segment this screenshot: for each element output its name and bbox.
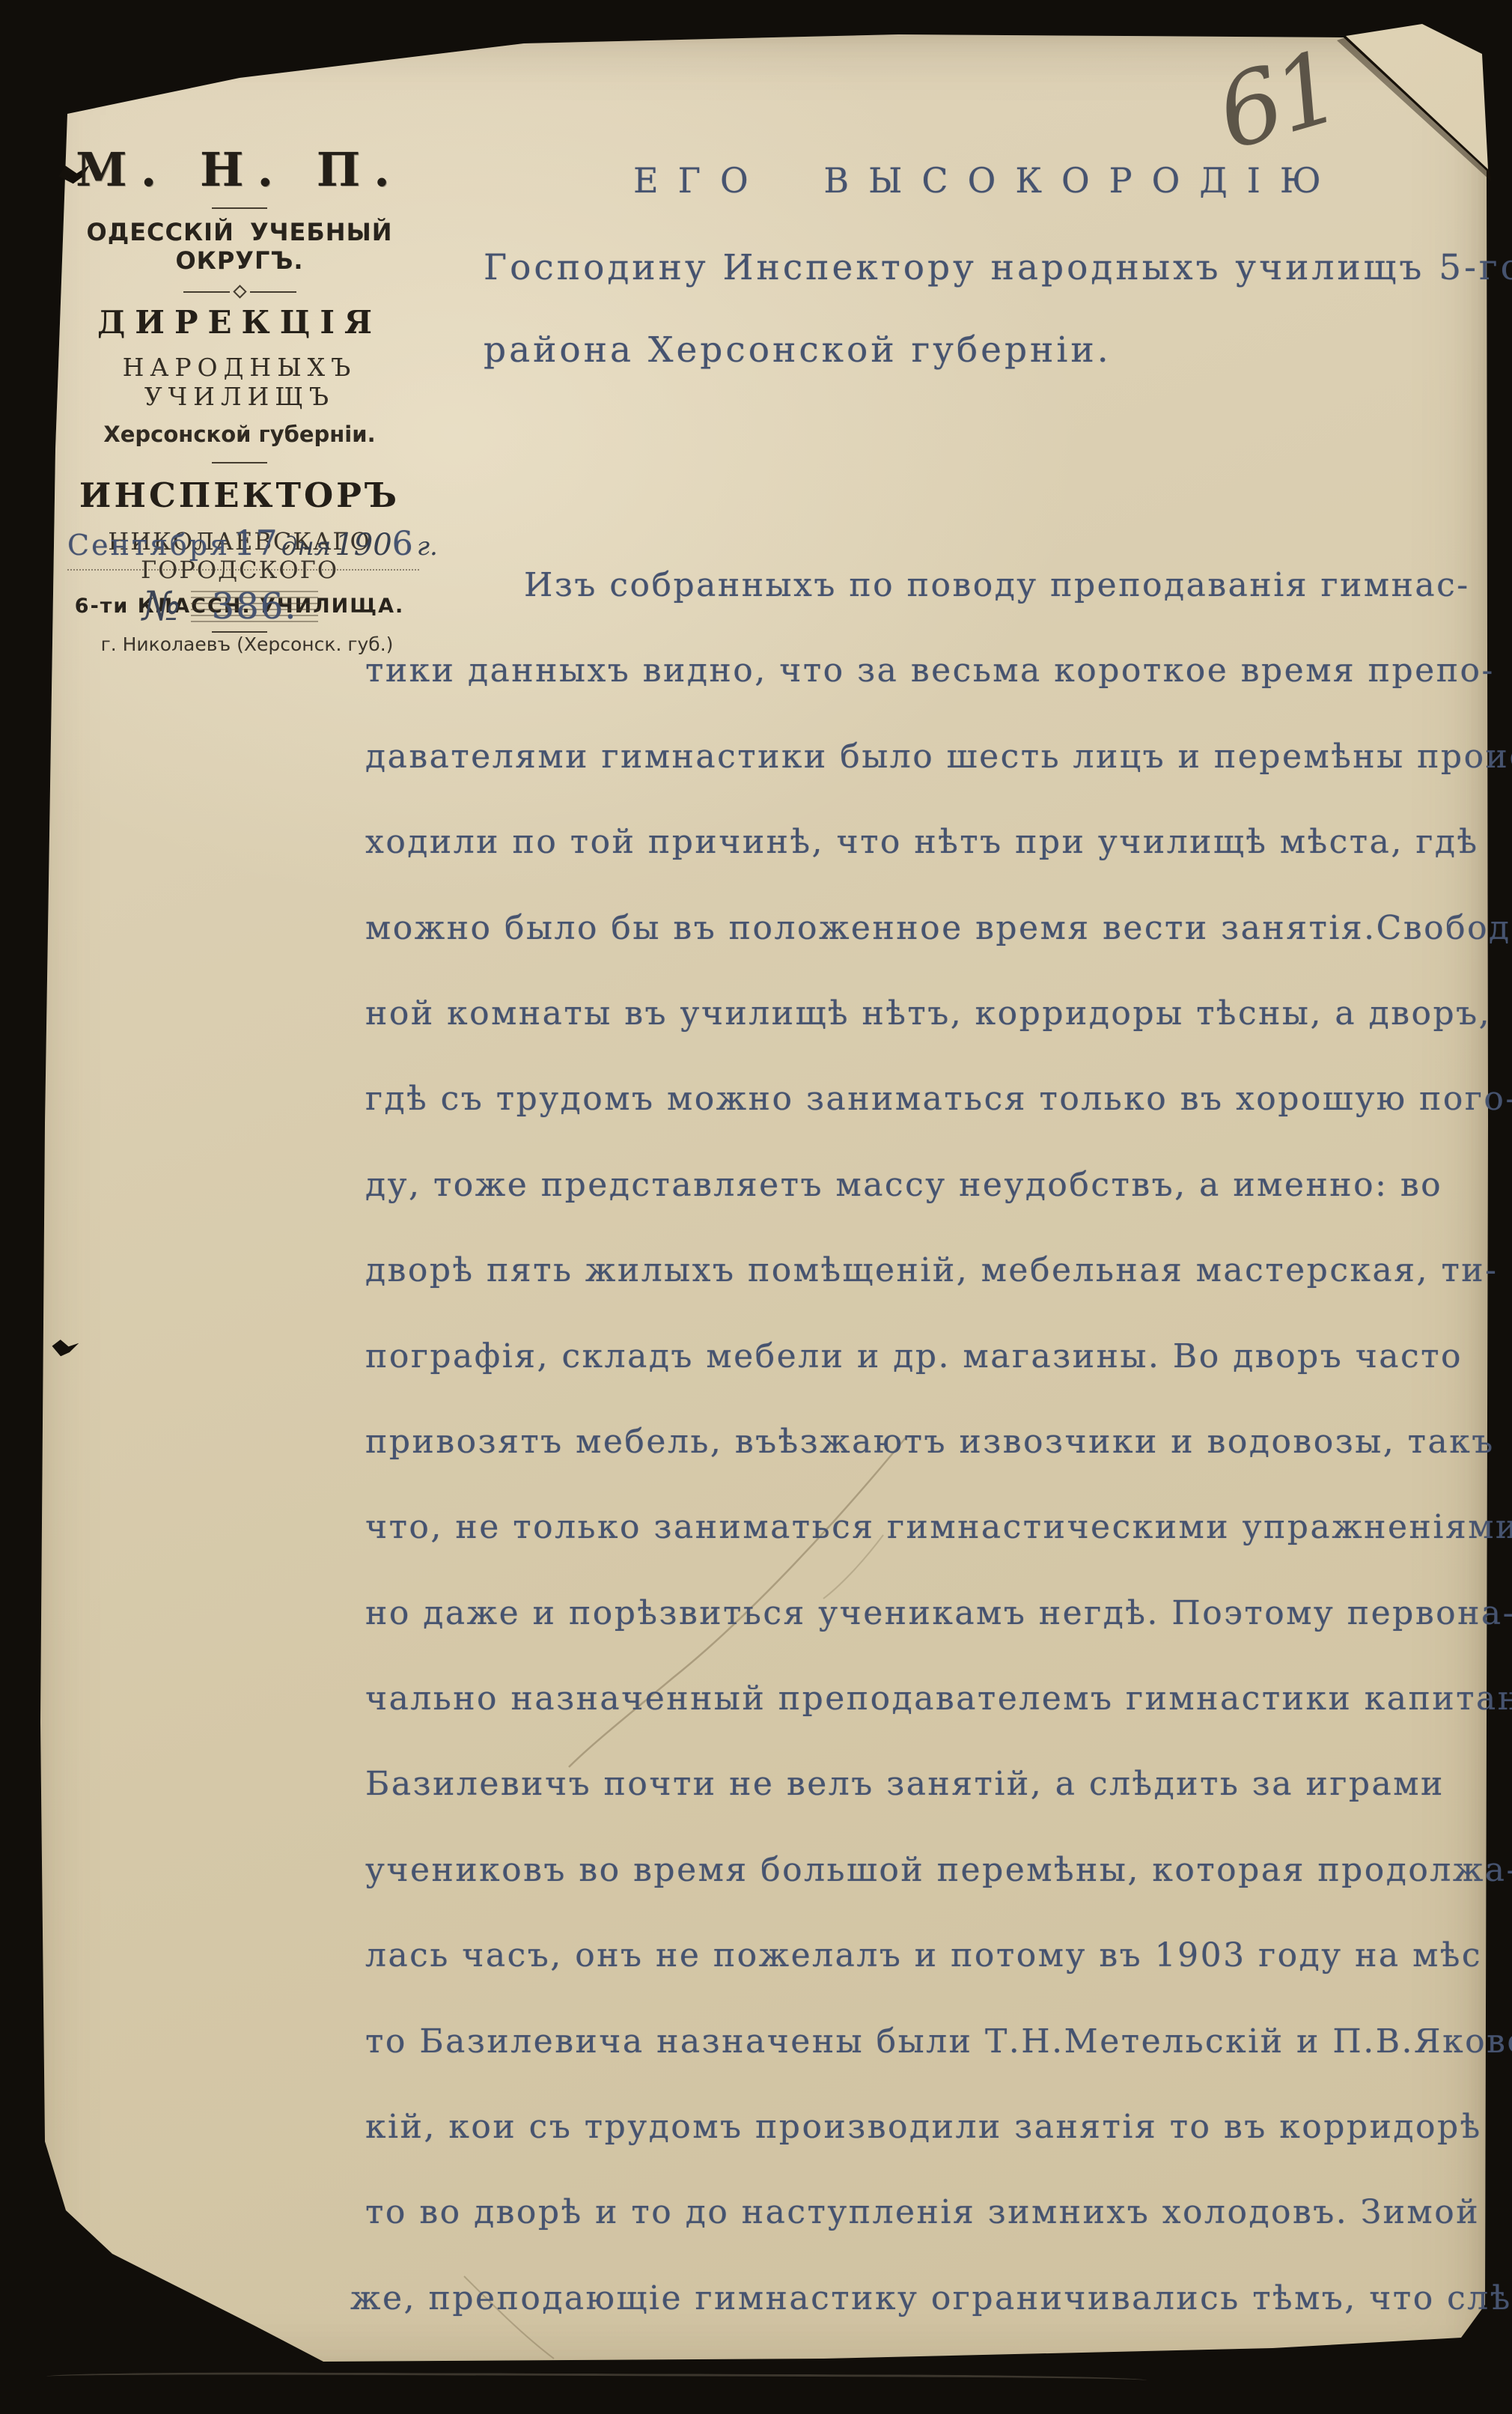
ministry-abbreviation: М. Н. П. <box>71 142 408 197</box>
directorate-subtitle: НАРОДНЫХЪ УЧИЛИЩЪ <box>71 353 408 411</box>
body-line: ходили по той причинѣ, что нѣтъ при учил… <box>365 823 1496 908</box>
body-line: ной комнаты въ училищѣ нѣтъ, корридоры т… <box>365 994 1496 1080</box>
body-line: кій, кои съ трудомъ производили занятія … <box>365 2108 1496 2193</box>
school-district-name: ОДЕССКІЙ УЧЕБНЫЙ ОКРУГЪ. <box>71 218 408 275</box>
addressee-line-1: Господину Инспектору народныхъ училищъ 5… <box>484 247 1512 288</box>
body-line: дворѣ пять жилыхъ помѣщеній, мебельная м… <box>365 1251 1496 1337</box>
body-line: ду, тоже представляетъ массу неудобствъ,… <box>365 1166 1496 1251</box>
body-line: то во дворѣ и то до наступленія зимнихъ … <box>365 2193 1496 2278</box>
date-month-typed: Сентября <box>67 529 230 562</box>
body-line: чально назначенный преподавателемъ гимна… <box>365 1679 1496 1765</box>
date-day-typed: 17 <box>234 523 278 563</box>
body-line: Базилевичъ почти не велъ занятій, а слѣд… <box>365 1765 1496 1850</box>
body-line: но даже и порѣзвиться ученикамъ негдѣ. П… <box>365 1594 1496 1679</box>
city-line: г. Николаевъ (Херсонск. губ.) <box>90 633 404 655</box>
letterhead-rule-3 <box>212 631 267 633</box>
body-line: тики данныхъ видно, что за весьма коротк… <box>365 651 1496 737</box>
inspector-title: ИНСПЕКТОРЪ <box>71 475 408 515</box>
body-line: лась часъ, онъ не пожелалъ и потому въ 1… <box>365 1936 1496 2022</box>
document-number-box: 386. <box>191 586 318 627</box>
date-line: Сентября 17 дня 1906 г. <box>67 523 419 571</box>
document-number-line: № 386. <box>142 583 318 630</box>
body-line: можно было бы въ положенное время вести … <box>365 909 1496 994</box>
body-line: же, преподающіе гимнастику ограничивалис… <box>350 2279 1496 2365</box>
body-line: то Базилевича назначены были Т.Н.Метельс… <box>365 2022 1496 2108</box>
body-line: что, не только заниматься гимнастическим… <box>365 1508 1496 1593</box>
letterhead-rule-2 <box>212 462 267 463</box>
body-line: давателями гимнастики было шесть лицъ и … <box>365 738 1496 823</box>
body-line: учениковъ во время большой перемѣны, кот… <box>365 1851 1496 1936</box>
directorate-province: Херсонской губерніи. <box>71 422 408 447</box>
date-year-prefix-printed: 190 <box>335 528 391 562</box>
date-g-printed: г. <box>417 532 438 562</box>
numero-sign: № <box>142 583 180 630</box>
addressee-line-2: района Херсонской губерніи. <box>484 329 1112 371</box>
scanned-document-page: { "scan": { "page_number_annotation": "6… <box>0 0 1512 2414</box>
directorate-title: ДИРЕКЦІЯ <box>71 304 408 341</box>
letterhead-rule-1 <box>212 207 267 209</box>
body-line: пографія, складъ мебели и др. магазины. … <box>365 1337 1496 1423</box>
body-line: привозятъ мебель, въѣзжаютъ извозчики и … <box>365 1423 1496 1508</box>
date-dnya-printed: дня <box>281 532 331 562</box>
date-year-digit-typed: 6 <box>392 525 413 563</box>
letterhead-ornament-divider <box>71 287 408 297</box>
letter-body: Изъ собранныхъ по поводу преподаванія ги… <box>365 566 1496 2365</box>
body-line: гдѣ съ трудомъ можно заниматься только в… <box>365 1080 1496 1165</box>
document-number-typed: 386. <box>212 586 298 627</box>
body-line: Изъ собранныхъ по поводу преподаванія ги… <box>365 566 1496 651</box>
addressee-salutation: ЕГО ВЫСОКОРОДІЮ <box>633 160 1341 201</box>
